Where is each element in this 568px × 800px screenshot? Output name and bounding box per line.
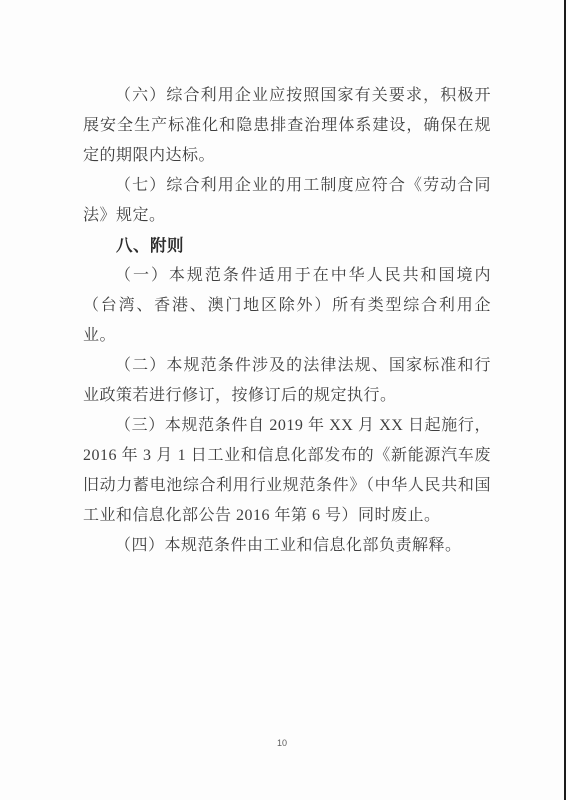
document-body: （六）综合利用企业应按照国家有关要求，积极开展安全生产标准化和隐患排查治理体系建… xyxy=(83,81,491,561)
document-page: （六）综合利用企业应按照国家有关要求，积极开展安全生产标准化和隐患排查治理体系建… xyxy=(0,0,568,800)
annex-paragraph-four: （四）本规范条件由工业和信息化部负责解释。 xyxy=(83,531,491,561)
annex-paragraph-one: （一）本规范条件适用于在中华人民共和国境内（台湾、香港、澳门地区除外）所有类型综… xyxy=(83,261,491,351)
annex-paragraph-three: （三）本规范条件自 2019 年 XX 月 XX 日起施行，2016 年 3 月… xyxy=(83,411,491,531)
section-heading-annex: 八、附则 xyxy=(83,231,491,261)
paragraph-six: （六）综合利用企业应按照国家有关要求，积极开展安全生产标准化和隐患排查治理体系建… xyxy=(83,81,491,171)
paragraph-seven: （七）综合利用企业的用工制度应符合《劳动合同法》规定。 xyxy=(83,171,491,231)
page-number: 10 xyxy=(0,738,564,748)
annex-paragraph-two: （二）本规范条件涉及的法律法规、国家标准和行业政策若进行修订，按修订后的规定执行… xyxy=(83,351,491,411)
page-edge-line xyxy=(564,0,566,800)
